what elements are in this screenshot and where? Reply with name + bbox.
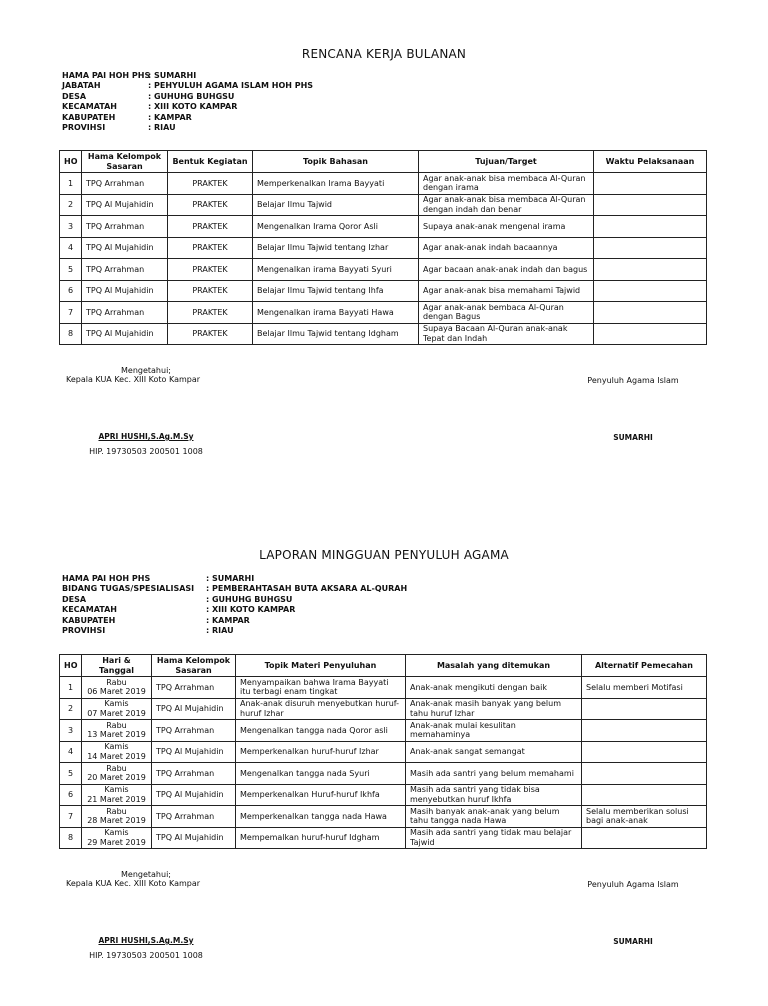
cell-activity: PRAKTEK <box>168 173 253 195</box>
monthly-plan-signature-left: Mengetahui; Kepala KUA Kec. XIII Koto Ka… <box>66 366 226 456</box>
cell-topic: Mengenalkan irama Bayyati Syuri <box>253 259 419 281</box>
cell-no: 5 <box>60 763 82 785</box>
cell-group: TPQ Al Mujahidin <box>82 280 168 302</box>
cell-date-value: 14 Maret 2019 <box>86 752 147 762</box>
header-time: Waktu Pelaksanaan <box>594 151 707 173</box>
cell-day: Kamis <box>86 785 147 795</box>
cell-target: Supaya Bacaan Al-Quran anak-anak Tepat d… <box>419 323 594 345</box>
cell-day: Rabu <box>86 721 147 731</box>
cell-activity: PRAKTEK <box>168 194 253 216</box>
cell-time <box>594 237 707 259</box>
cell-no: 4 <box>60 237 82 259</box>
table-row: 1TPQ ArrahmanPRAKTEKMemperkenalkan Irama… <box>60 173 707 195</box>
cell-date: Kamis07 Maret 2019 <box>82 698 152 720</box>
weekly-report-signature-left: Mengetahui; Kepala KUA Kec. XIII Koto Ka… <box>66 870 226 960</box>
cell-solution <box>582 827 707 849</box>
acknowledged-label: Mengetahui; <box>66 870 226 879</box>
info-label: PROVIHSI <box>62 123 148 133</box>
cell-group: TPQ Arrahman <box>152 720 236 742</box>
table-row: 7TPQ ArrahmanPRAKTEKMengenalkan irama Ba… <box>60 302 707 324</box>
info-value: : PEHYULUH AGAMA ISLAM HOH PHS <box>148 81 313 91</box>
kua-head-title: Kepala KUA Kec. XIII Koto Kampar <box>66 375 226 384</box>
cell-group: TPQ Arrahman <box>152 806 236 828</box>
cell-date: Rabu06 Maret 2019 <box>82 677 152 699</box>
info-value: : GUHUHG BUHGSU <box>148 92 234 102</box>
table-header-row: HO Hari & Tanggal Hama Kelompok Sasaran … <box>60 655 707 677</box>
kua-head-nip: HIP. 19730503 200501 1008 <box>66 951 226 960</box>
table-row: 5TPQ ArrahmanPRAKTEKMengenalkan irama Ba… <box>60 259 707 281</box>
cell-no: 6 <box>60 784 82 806</box>
info-row: DESA: GUHUHG BUHGSU <box>62 92 313 102</box>
weekly-report-signature-right: Penyuluh Agama Islam SUMARHI <box>578 880 688 946</box>
info-value: : PEMBERAHTASAH BUTA AKSARA AL-QURAH <box>206 584 407 594</box>
cell-topic: Menyampaikan bahwa Irama Bayyati itu ter… <box>236 677 406 699</box>
cell-topic: Anak-anak disuruh menyebutkan huruf-huru… <box>236 698 406 720</box>
cell-no: 1 <box>60 677 82 699</box>
cell-solution <box>582 784 707 806</box>
info-label: KECAMATAH <box>62 605 206 615</box>
acknowledged-label: Mengetahui; <box>66 366 226 375</box>
cell-target: Agar anak-anak bisa membaca Al-Quran den… <box>419 194 594 216</box>
cell-no: 6 <box>60 280 82 302</box>
cell-problem: Masih banyak anak-anak yang belum tahu t… <box>406 806 582 828</box>
cell-no: 7 <box>60 806 82 828</box>
info-value: : XIII KOTO KAMPAR <box>148 102 237 112</box>
info-row: PROVIHSI: RIAU <box>62 123 313 133</box>
cell-no: 5 <box>60 259 82 281</box>
cell-date: Kamis29 Maret 2019 <box>82 827 152 849</box>
cell-solution <box>582 741 707 763</box>
info-row: KABUPATEH: KAMPAR <box>62 616 407 626</box>
cell-group: TPQ Al Mujahidin <box>152 784 236 806</box>
cell-date-value: 07 Maret 2019 <box>86 709 147 719</box>
info-value: : RIAU <box>148 123 176 133</box>
info-value: : GUHUHG BUHGSU <box>206 595 292 605</box>
cell-topic: Belajar Ilmu Tajwid <box>253 194 419 216</box>
header-solution: Alternatif Pemecahan <box>582 655 707 677</box>
cell-date-value: 28 Maret 2019 <box>86 816 147 826</box>
cell-activity: PRAKTEK <box>168 216 253 238</box>
counselor-name: SUMARHI <box>578 433 688 442</box>
cell-problem: Anak-anak mulai kesulitan memahaminya <box>406 720 582 742</box>
cell-group: TPQ Al Mujahidin <box>152 698 236 720</box>
info-row: KECAMATAH: XIII KOTO KAMPAR <box>62 605 407 615</box>
info-value: : RIAU <box>206 626 234 636</box>
cell-group: TPQ Al Mujahidin <box>82 323 168 345</box>
info-row: HAMA PAI HOH PHS: SUMARHI <box>62 71 313 81</box>
cell-time <box>594 194 707 216</box>
info-row: KABUPATEH: KAMPAR <box>62 113 313 123</box>
cell-day: Rabu <box>86 678 147 688</box>
cell-time <box>594 216 707 238</box>
cell-activity: PRAKTEK <box>168 259 253 281</box>
info-row: JABATAH: PEHYULUH AGAMA ISLAM HOH PHS <box>62 81 313 91</box>
info-row: HAMA PAI HOH PHS: SUMARHI <box>62 574 407 584</box>
cell-day: Rabu <box>86 807 147 817</box>
cell-day: Kamis <box>86 699 147 709</box>
cell-group: TPQ Arrahman <box>152 677 236 699</box>
info-label: DESA <box>62 92 148 102</box>
kua-head-name: APRI HUSHI,S.Ag.M.Sy <box>66 936 226 945</box>
info-value: : SUMARHI <box>206 574 254 584</box>
cell-date-value: 21 Maret 2019 <box>86 795 147 805</box>
cell-solution <box>582 720 707 742</box>
cell-group: TPQ Arrahman <box>82 173 168 195</box>
info-row: PROVIHSI: RIAU <box>62 626 407 636</box>
cell-activity: PRAKTEK <box>168 237 253 259</box>
info-label: KABUPATEH <box>62 113 148 123</box>
info-label: BIDANG TUGAS/SPESIALISASI <box>62 584 206 594</box>
info-row: BIDANG TUGAS/SPESIALISASI: PEMBERAHTASAH… <box>62 584 407 594</box>
header-date: Hari & Tanggal <box>82 655 152 677</box>
cell-topic: Belajar Ilmu Tajwid tentang Ihfa <box>253 280 419 302</box>
cell-date: Rabu20 Maret 2019 <box>82 763 152 785</box>
info-value: : KAMPAR <box>206 616 250 626</box>
header-no: HO <box>60 151 82 173</box>
kua-head-name: APRI HUSHI,S.Ag.M.Sy <box>66 432 226 441</box>
table-row: 2TPQ Al MujahidinPRAKTEKBelajar Ilmu Taj… <box>60 194 707 216</box>
header-group: Hama Kelompok Sasaran <box>82 151 168 173</box>
cell-target: Agar anak-anak bisa membaca Al-Quran den… <box>419 173 594 195</box>
weekly-report-table: HO Hari & Tanggal Hama Kelompok Sasaran … <box>59 654 707 849</box>
cell-group: TPQ Al Mujahidin <box>152 827 236 849</box>
cell-date: Kamis21 Maret 2019 <box>82 784 152 806</box>
cell-no: 3 <box>60 216 82 238</box>
cell-day: Rabu <box>86 764 147 774</box>
info-label: HAMA PAI HOH PHS <box>62 71 148 81</box>
table-row: 5Rabu20 Maret 2019TPQ ArrahmanMengenalka… <box>60 763 707 785</box>
cell-problem: Masih ada santri yang tidak bisa menyebu… <box>406 784 582 806</box>
cell-topic: Belajar Ilmu Tajwid tentang Idgham <box>253 323 419 345</box>
table-header-row: HO Hama Kelompok Sasaran Bentuk Kegiatan… <box>60 151 707 173</box>
counselor-title: Penyuluh Agama Islam <box>578 880 688 889</box>
table-row: 7Rabu28 Maret 2019TPQ ArrahmanMemperkena… <box>60 806 707 828</box>
cell-group: TPQ Arrahman <box>82 216 168 238</box>
cell-topic: Memperkenalkan Huruf-huruf Ikhfa <box>236 784 406 806</box>
info-value: : XIII KOTO KAMPAR <box>206 605 295 615</box>
cell-target: Supaya anak-anak mengenal irama <box>419 216 594 238</box>
cell-target: Agar anak-anak bembaca Al-Quran dengan B… <box>419 302 594 324</box>
cell-group: TPQ Arrahman <box>82 302 168 324</box>
cell-group: TPQ Al Mujahidin <box>152 741 236 763</box>
info-value: : SUMARHI <box>148 71 196 81</box>
monthly-plan-table: HO Hama Kelompok Sasaran Bentuk Kegiatan… <box>59 150 707 345</box>
cell-target: Agar anak-anak bisa memahami Tajwid <box>419 280 594 302</box>
table-row: 6TPQ Al MujahidinPRAKTEKBelajar Ilmu Taj… <box>60 280 707 302</box>
info-label: KABUPATEH <box>62 616 206 626</box>
cell-time <box>594 323 707 345</box>
cell-day: Kamis <box>86 828 147 838</box>
cell-topic: Belajar Ilmu Tajwid tentang Izhar <box>253 237 419 259</box>
table-row: 4TPQ Al MujahidinPRAKTEKBelajar Ilmu Taj… <box>60 237 707 259</box>
cell-problem: Anak-anak masih banyak yang belum tahu h… <box>406 698 582 720</box>
cell-time <box>594 302 707 324</box>
header-group: Hama Kelompok Sasaran <box>152 655 236 677</box>
cell-no: 1 <box>60 173 82 195</box>
cell-topic: Mengenalkan tangga nada Syuri <box>236 763 406 785</box>
header-topic: Topik Bahasan <box>253 151 419 173</box>
table-row: 4Kamis14 Maret 2019TPQ Al MujahidinMempe… <box>60 741 707 763</box>
counselor-name: SUMARHI <box>578 937 688 946</box>
header-problem: Masalah yang ditemukan <box>406 655 582 677</box>
monthly-plan-signature-right: Penyuluh Agama Islam SUMARHI <box>578 376 688 442</box>
monthly-plan-title: RENCANA KERJA BULANAN <box>0 47 768 61</box>
cell-topic: Mempemalkan huruf-huruf Idgham <box>236 827 406 849</box>
weekly-report-title: LAPORAN MINGGUAN PENYULUH AGAMA <box>0 548 768 562</box>
info-label: JABATAH <box>62 81 148 91</box>
cell-activity: PRAKTEK <box>168 280 253 302</box>
info-label: HAMA PAI HOH PHS <box>62 574 206 584</box>
cell-group: TPQ Arrahman <box>82 259 168 281</box>
kua-head-title: Kepala KUA Kec. XIII Koto Kampar <box>66 879 226 888</box>
header-activity: Bentuk Kegiatan <box>168 151 253 173</box>
header-topic: Topik Materi Penyuluhan <box>236 655 406 677</box>
weekly-report-info: HAMA PAI HOH PHS: SUMARHI BIDANG TUGAS/S… <box>62 574 407 636</box>
info-row: KECAMATAH: XIII KOTO KAMPAR <box>62 102 313 112</box>
cell-solution <box>582 698 707 720</box>
cell-activity: PRAKTEK <box>168 302 253 324</box>
cell-target: Agar anak-anak indah bacaannya <box>419 237 594 259</box>
header-target: Tujuan/Target <box>419 151 594 173</box>
cell-date: Kamis14 Maret 2019 <box>82 741 152 763</box>
cell-activity: PRAKTEK <box>168 323 253 345</box>
cell-no: 4 <box>60 741 82 763</box>
cell-date-value: 29 Maret 2019 <box>86 838 147 848</box>
monthly-plan-info: HAMA PAI HOH PHS: SUMARHI JABATAH: PEHYU… <box>62 71 313 133</box>
cell-date: Rabu28 Maret 2019 <box>82 806 152 828</box>
info-label: DESA <box>62 595 206 605</box>
cell-problem: Anak-anak mengikuti dengan baik <box>406 677 582 699</box>
cell-no: 8 <box>60 323 82 345</box>
cell-topic: Memperkenalkan Irama Bayyati <box>253 173 419 195</box>
cell-date-value: 20 Maret 2019 <box>86 773 147 783</box>
cell-topic: Mengenalkan tangga nada Qoror asli <box>236 720 406 742</box>
cell-solution <box>582 763 707 785</box>
cell-problem: Masih ada santri yang tidak mau belajar … <box>406 827 582 849</box>
cell-time <box>594 259 707 281</box>
cell-problem: Anak-anak sangat semangat <box>406 741 582 763</box>
cell-date-value: 06 Maret 2019 <box>86 687 147 697</box>
header-no: HO <box>60 655 82 677</box>
kua-head-nip: HIP. 19730503 200501 1008 <box>66 447 226 456</box>
table-row: 8TPQ Al MujahidinPRAKTEKBelajar Ilmu Taj… <box>60 323 707 345</box>
cell-no: 2 <box>60 698 82 720</box>
cell-day: Kamis <box>86 742 147 752</box>
table-row: 6Kamis21 Maret 2019TPQ Al MujahidinMempe… <box>60 784 707 806</box>
counselor-title: Penyuluh Agama Islam <box>578 376 688 385</box>
cell-solution: Selalu memberikan solusi bagi anak-anak <box>582 806 707 828</box>
cell-topic: Mengenalkan irama Bayyati Hawa <box>253 302 419 324</box>
info-label: PROVIHSI <box>62 626 206 636</box>
cell-group: TPQ Arrahman <box>152 763 236 785</box>
cell-problem: Masih ada santri yang belum memahami <box>406 763 582 785</box>
info-value: : KAMPAR <box>148 113 192 123</box>
cell-time <box>594 173 707 195</box>
cell-date-value: 13 Maret 2019 <box>86 730 147 740</box>
cell-no: 2 <box>60 194 82 216</box>
table-row: 1Rabu06 Maret 2019TPQ ArrahmanMenyampaik… <box>60 677 707 699</box>
cell-no: 7 <box>60 302 82 324</box>
info-row: DESA: GUHUHG BUHGSU <box>62 595 407 605</box>
cell-group: TPQ Al Mujahidin <box>82 237 168 259</box>
cell-group: TPQ Al Mujahidin <box>82 194 168 216</box>
cell-no: 3 <box>60 720 82 742</box>
cell-topic: Memperkenalkan tangga nada Hawa <box>236 806 406 828</box>
cell-target: Agar bacaan anak-anak indah dan bagus <box>419 259 594 281</box>
cell-time <box>594 280 707 302</box>
cell-date: Rabu13 Maret 2019 <box>82 720 152 742</box>
cell-no: 8 <box>60 827 82 849</box>
info-label: KECAMATAH <box>62 102 148 112</box>
table-row: 8Kamis29 Maret 2019TPQ Al MujahidinMempe… <box>60 827 707 849</box>
table-row: 2Kamis07 Maret 2019TPQ Al MujahidinAnak-… <box>60 698 707 720</box>
cell-solution: Selalu memberi Motifasi <box>582 677 707 699</box>
table-row: 3Rabu13 Maret 2019TPQ ArrahmanMengenalka… <box>60 720 707 742</box>
cell-topic: Memperkenalkan huruf-huruf Izhar <box>236 741 406 763</box>
cell-topic: Mengenalkan Irama Qoror Asli <box>253 216 419 238</box>
table-row: 3TPQ ArrahmanPRAKTEKMengenalkan Irama Qo… <box>60 216 707 238</box>
